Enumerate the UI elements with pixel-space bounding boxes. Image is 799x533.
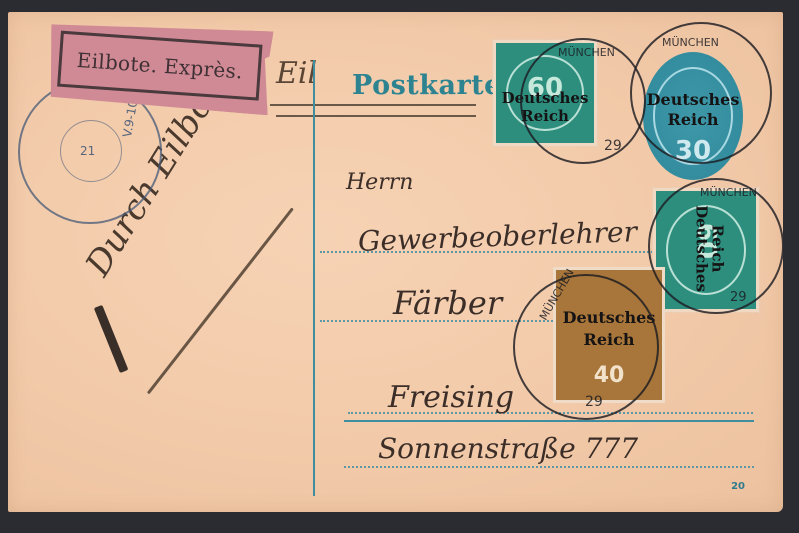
postmark-city: MÜNCHEN <box>700 186 757 199</box>
postmark-3: MÜNCHEN 29 <box>648 178 783 314</box>
arrival-postmark-date: 21 <box>80 144 95 158</box>
title-underline-1 <box>270 104 476 106</box>
address-line-name: Färber <box>393 284 502 322</box>
address-line-herrn: Herrn <box>346 170 413 195</box>
address-solid-line <box>344 420 754 422</box>
postmark-number: 29 <box>585 394 603 410</box>
title-underline-2 <box>276 115 476 117</box>
handwritten-eil: Eil <box>276 56 317 91</box>
postmark-city: MÜNCHEN <box>558 46 615 59</box>
postmark-city: MÜNCHEN <box>662 36 719 49</box>
express-label-text: Eilbote. Exprès. <box>76 48 244 84</box>
postmark-2: MÜNCHEN <box>630 22 772 164</box>
divider-line <box>313 60 315 496</box>
postmark-number: 29 <box>730 290 747 305</box>
side-note-underline <box>147 207 294 394</box>
address-line-city: Freising <box>388 380 514 415</box>
postkarte-title: Postkarte <box>352 70 502 101</box>
address-line-street: Sonnenstraße 777 <box>378 432 638 465</box>
postcard: Eil Postkarte 20 Herrn Gewerbeoberlehrer… <box>8 12 783 512</box>
side-note-ink-blot <box>94 305 129 373</box>
postmark-1: MÜNCHEN 29 <box>520 38 646 164</box>
postmark-4: MÜNCHEN 29 <box>513 274 659 420</box>
postmark-number: 29 <box>604 138 622 154</box>
card-number: 20 <box>731 481 745 492</box>
address-line-4 <box>344 466 754 468</box>
